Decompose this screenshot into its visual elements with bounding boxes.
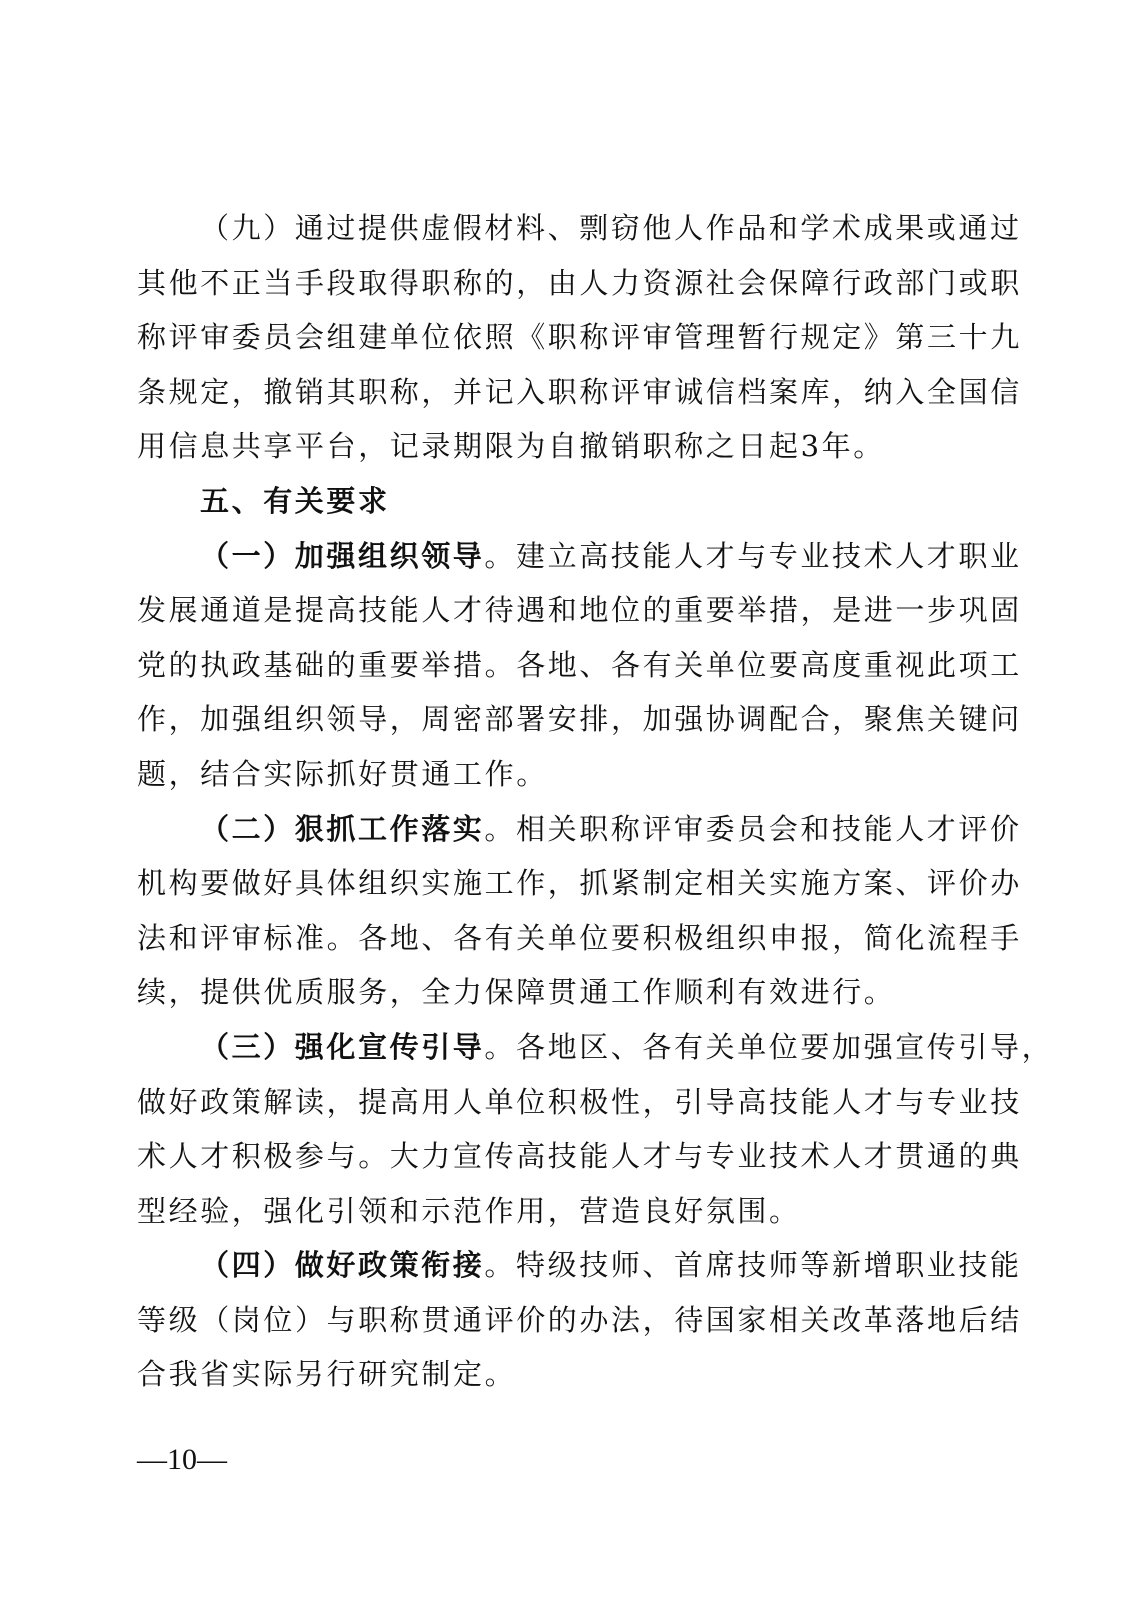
text-line: 称评审委员会组建单位依照《职称评审管理暂行规定》第三十九 [137, 310, 963, 365]
document-page: （九）通过提供虚假材料、剽窃他人作品和学术成果或通过 其他不正当手段取得职称的，… [0, 0, 1131, 1600]
requirement-text: 。建立高技能人才与专业技术人才职业 [484, 539, 1021, 573]
text-line: （九）通过提供虚假材料、剽窃他人作品和学术成果或通过 [137, 201, 963, 256]
requirement-title: （三）强化宣传引导 [200, 1030, 484, 1064]
requirement-text: 。特级技师、首席技师等新增职业技能 [484, 1248, 1021, 1282]
text-line: 做好政策解读，提高用人单位积极性，引导高技能人才与专业技 [137, 1075, 963, 1130]
text-line: （二）狠抓工作落实。相关职称评审委员会和技能人才评价 [137, 802, 963, 857]
text-line: 法和评审标准。各地、各有关单位要积极组织申报，简化流程手 [137, 911, 963, 966]
page-number: —10— [137, 1440, 227, 1480]
text-line: （四）做好政策衔接。特级技师、首席技师等新增职业技能 [137, 1238, 963, 1293]
requirement-2: （二）狠抓工作落实。相关职称评审委员会和技能人才评价 机构要做好具体组织实施工作… [137, 802, 963, 1020]
text-line: 机构要做好具体组织实施工作，抓紧制定相关实施方案、评价办 [137, 856, 963, 911]
text-line: 作，加强组织领导，周密部署安排，加强协调配合，聚焦关键问 [137, 692, 963, 747]
text-line: 党的执政基础的重要举措。各地、各有关单位要高度重视此项工 [137, 638, 963, 693]
requirement-title: （一）加强组织领导 [200, 539, 484, 573]
text-line: （一）加强组织领导。建立高技能人才与专业技术人才职业 [137, 529, 963, 584]
text-line: 条规定，撤销其职称，并记入职称评审诚信档案库，纳入全国信 [137, 365, 963, 420]
text-line: （三）强化宣传引导。各地区、各有关单位要加强宣传引导， [137, 1020, 963, 1075]
text-line: 发展通道是提高技能人才待遇和地位的重要举措，是进一步巩固 [137, 583, 963, 638]
document-body: （九）通过提供虚假材料、剽窃他人作品和学术成果或通过 其他不正当手段取得职称的，… [137, 201, 963, 1402]
text-line: 续，提供优质服务，全力保障贯通工作顺利有效进行。 [137, 965, 963, 1020]
text-line: 术人才积极参与。大力宣传高技能人才与专业技术人才贯通的典 [137, 1129, 963, 1184]
text-line: 合我省实际另行研究制定。 [137, 1347, 963, 1402]
requirement-title: （四）做好政策衔接 [200, 1248, 484, 1282]
text-line: 等级（岗位）与职称贯通评价的办法，待国家相关改革落地后结 [137, 1293, 963, 1348]
requirement-1: （一）加强组织领导。建立高技能人才与专业技术人才职业 发展通道是提高技能人才待遇… [137, 529, 963, 802]
requirement-3: （三）强化宣传引导。各地区、各有关单位要加强宣传引导， 做好政策解读，提高用人单… [137, 1020, 963, 1238]
text-line: 其他不正当手段取得职称的，由人力资源社会保障行政部门或职 [137, 256, 963, 311]
paragraph-item-9: （九）通过提供虚假材料、剽窃他人作品和学术成果或通过 其他不正当手段取得职称的，… [137, 201, 963, 474]
text-line: 题，结合实际抓好贯通工作。 [137, 747, 963, 802]
requirement-text: 。相关职称评审委员会和技能人才评价 [484, 812, 1021, 846]
section-heading: 五、有关要求 [137, 474, 963, 529]
requirement-title: （二）狠抓工作落实 [200, 812, 484, 846]
text-line: 用信息共享平台，记录期限为自撤销职称之日起3年。 [137, 419, 963, 474]
requirement-text: 。各地区、各有关单位要加强宣传引导， [484, 1030, 1053, 1064]
text-line: 型经验，强化引领和示范作用，营造良好氛围。 [137, 1184, 963, 1239]
requirement-4: （四）做好政策衔接。特级技师、首席技师等新增职业技能 等级（岗位）与职称贯通评价… [137, 1238, 963, 1402]
